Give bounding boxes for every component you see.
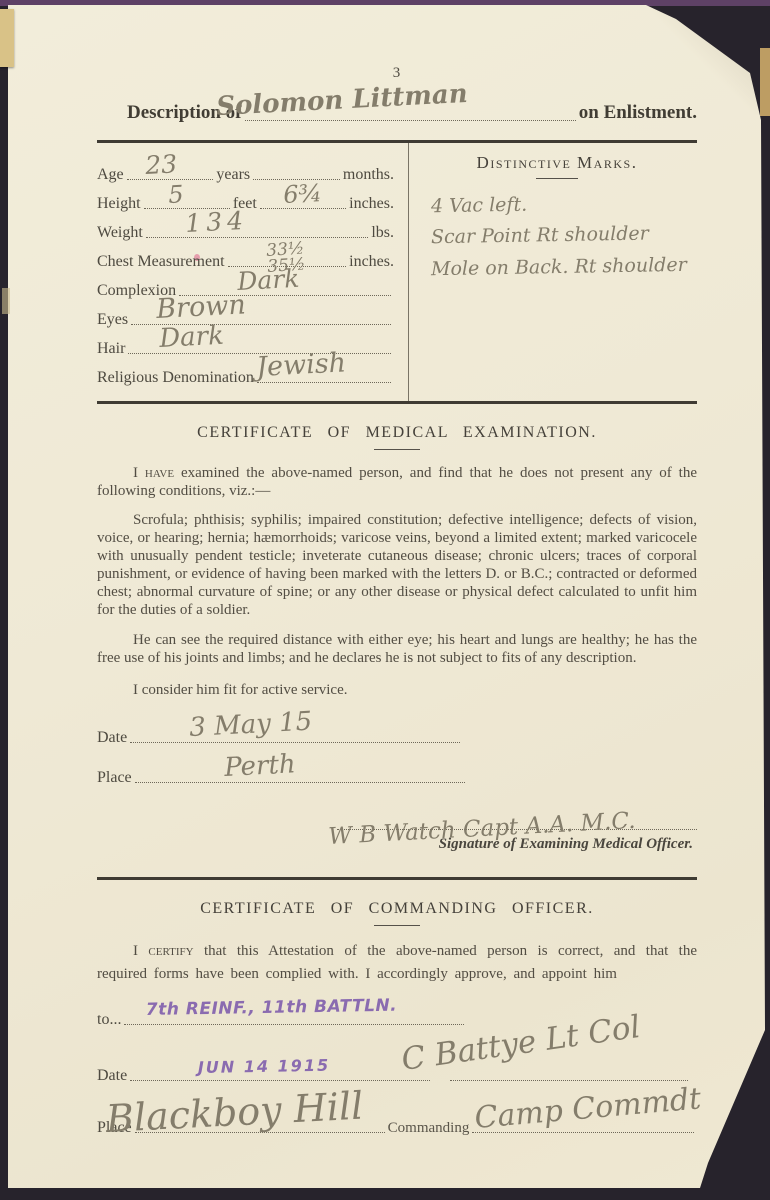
co-signature-line: C Battye Lt Col [450,1078,688,1081]
medical-date-label: Date [97,729,127,747]
medical-place-line: Perth [135,780,465,783]
medical-certificate-heading: CERTIFICATE OF MEDICAL EXAMINATION. [97,424,697,442]
field-weight: Weight 134 lbs. [97,213,394,242]
height-feet-value: 5 [168,182,185,207]
complexion-line: Dark [179,293,391,296]
age-months-line [253,177,340,180]
commanding-certificate-heading: CERTIFICATE OF COMMANDING OFFICER. [97,900,697,918]
page-number: 3 [97,65,697,82]
height-feet-line: 5 [144,206,230,209]
to-label: to... [97,1011,121,1029]
complexion-label: Complexion [97,282,176,300]
religion-label: Religious Denomination [97,369,254,387]
medical-place-label: Place [97,769,132,787]
commanding-paragraph: I certify that this Attestation of the a… [97,940,697,985]
paper-fold-crease [711,1047,768,1185]
age-line: 23 [127,177,214,180]
field-religion: Religious Denomination Jewish [97,358,394,387]
archive-tab-small [2,288,10,314]
hair-line: Dark [128,351,391,354]
chest-value: 33½ 35½ [266,240,306,275]
heading-rule [536,178,578,179]
title-name-line: Solomon Littman [245,118,576,121]
field-eyes: Eyes Brown [97,300,394,329]
height-inches-label: inches. [349,195,394,213]
age-months-label: months. [343,166,394,184]
field-hair: Hair Dark [97,329,394,358]
medical-date-line: 3 May 15 [130,740,460,743]
attestation-page: 3 Description of Solomon Littman on Enli… [8,5,770,1188]
page-edge-sliver [760,48,770,116]
signature-line [337,827,697,830]
mark-entry-2: Scar Point Rt shoulder [431,218,692,254]
handwritten-name: Solomon Littman [215,81,468,120]
commanding-date-row: Date JUN 14 1915 C Battye Lt Col [97,1067,697,1085]
archive-tab [0,9,14,67]
medical-paragraph-1: I have examined the above-named person, … [97,464,697,500]
complexion-value: Dark [237,266,300,294]
medical-conditions-list: Scrofula; phthisis; syphilis; impaired c… [97,511,697,619]
commanding-label: Commanding [388,1120,470,1137]
mark-entry-1: 4 Vac left. [431,187,692,223]
page-title: Description of Solomon Littman on Enlist… [97,102,697,124]
medical-paragraph-1-lead: I have [133,465,174,481]
field-chest: Chest Measurement 33½ 35½ inches. [97,242,394,271]
medical-place-value: Perth [223,751,296,781]
chest-line: 33½ 35½ [228,264,347,267]
distinctive-marks-heading: Distinctive Marks. [423,153,691,173]
distinctive-marks-panel: Distinctive Marks. 4 Vac left. Scar Poin… [409,143,697,401]
age-label: Age [97,166,124,184]
weight-lbs-label: lbs. [371,224,394,242]
field-complexion: Complexion Dark [97,271,394,300]
chest-label: Chest Measurement [97,253,225,271]
medical-date-row: Date 3 May 15 [97,729,697,747]
eyes-line: Brown [131,322,391,325]
weight-line: 134 [146,235,369,238]
age-years-label: years [216,166,250,184]
field-height: Height 5 feet 6¾ inches. [97,184,394,213]
commanding-date-label: Date [97,1067,127,1085]
medical-signature-caption: Signature of Examining Medical Officer. [337,836,697,853]
medical-place-row: Place Perth [97,769,697,787]
fit-for-service-statement: I consider him fit for active service. [97,681,697,699]
eyes-label: Eyes [97,311,128,329]
title-suffix: on Enlistment. [579,102,697,124]
field-age: Age 23 years months. [97,155,394,184]
unit-stamp: 7th REINF., 11th BATTLN. [146,998,398,1019]
section-divider [97,877,697,880]
medical-paragraph-1-rest: examined the above-named person, and fin… [97,465,697,499]
description-table: Age 23 years months. Height 5 feet 6¾ [97,140,697,404]
weight-label: Weight [97,224,143,242]
heading-rule [374,449,420,450]
appointment-line: 7th REINF., 11th BATTLN. [124,1022,464,1025]
height-label: Height [97,195,141,213]
heading-rule [374,925,420,926]
mark-entry-3: Mole on Back. Rt shoulder [431,249,692,285]
commanding-paragraph-lead: I certify [133,943,194,959]
hair-label: Hair [97,340,125,358]
medical-paragraph-3: He can see the required distance with ei… [97,631,697,667]
commanding-place-value: Blackboy Hill [105,1087,364,1138]
commanding-place-line: Blackboy Hill [135,1130,385,1133]
commanding-date-line: JUN 14 1915 [130,1078,430,1081]
co-title-value: Camp Commdt [474,1084,703,1134]
commanding-place-row: Place Blackboy Hill Commanding Camp Comm… [97,1119,697,1137]
height-inches-value: 6¾ [283,181,323,207]
title-prefix: Description of [127,102,242,124]
medical-signature-block: W B Watch Capt A.A. M.C. Signature of Ex… [337,827,697,853]
chest-value-top: 33½ [266,240,305,259]
age-value: 23 [144,151,177,178]
chest-inches-label: inches. [349,253,394,271]
date-stamp: JUN 14 1915 [198,1058,331,1076]
appointment-row: to... 7th REINF., 11th BATTLN. [97,1011,697,1029]
religion-line: Jewish [257,380,391,383]
description-fields: Age 23 years months. Height 5 feet 6¾ [97,143,409,401]
co-title-line: Camp Commdt [472,1130,694,1133]
commanding-place-label: Place [97,1119,132,1137]
height-feet-label: feet [233,195,257,213]
height-inches-line: 6¾ [260,206,346,209]
medical-date-value: 3 May 15 [189,709,313,741]
